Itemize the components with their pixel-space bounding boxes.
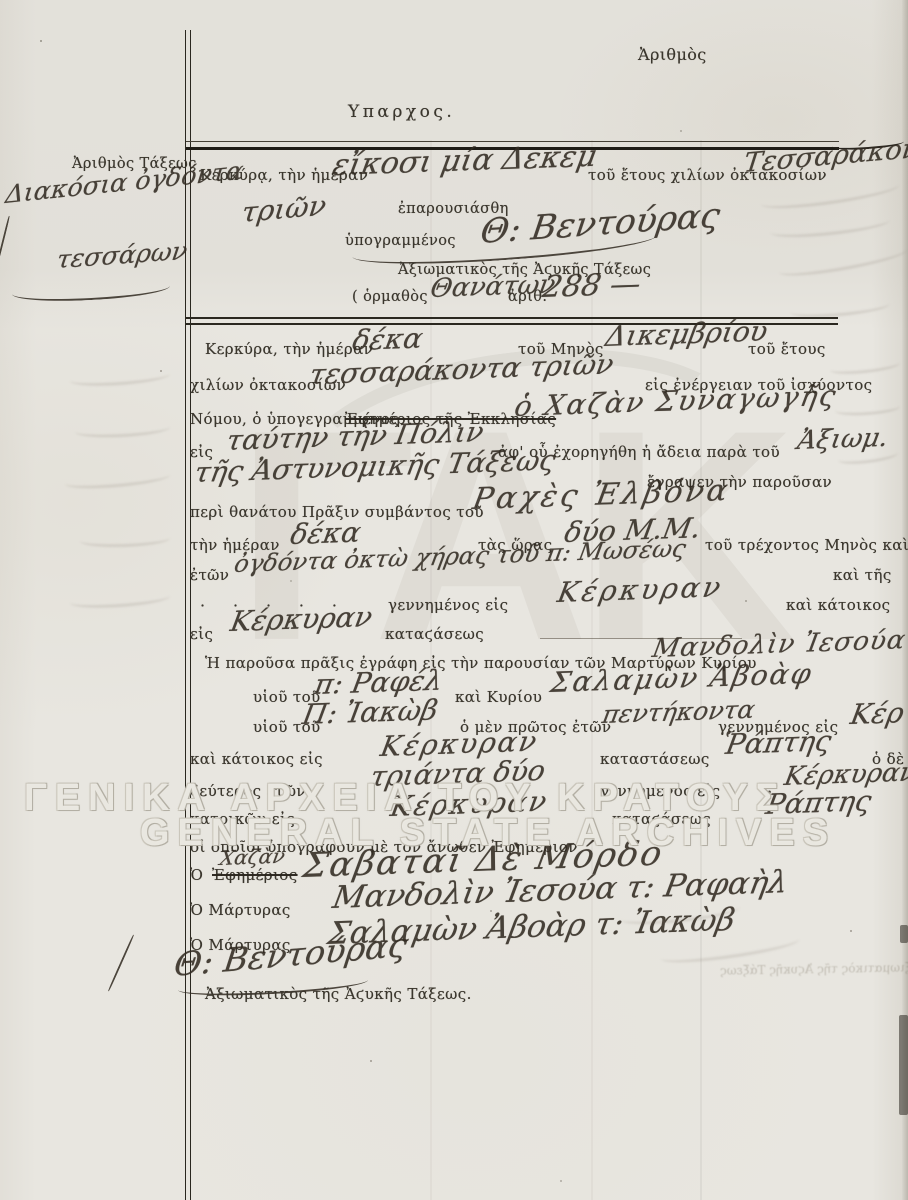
witness2-father-hw: Π: Ἰακὼβ: [300, 693, 440, 731]
act-line9-print: γεννημένος εἰς: [388, 596, 508, 614]
scanned-death-record-page: ΓΑΚ Ἀριθμὸς Υπαρχος. Ἀριθμὸς Τάξεως Διακ…: [0, 0, 908, 1200]
margin-check-stroke: [107, 934, 134, 991]
act-line1-print3: τοῦ ἔτους: [748, 340, 826, 358]
act-line9-print2: καὶ κάτοικος: [786, 596, 890, 614]
archives-watermark-english: GENERAL STATE ARCHIVES: [140, 812, 836, 855]
witness1-label: Ὁ Μάρτυρας: [190, 901, 291, 919]
witness1-occupation-hw: Ῥάπτης: [720, 724, 834, 761]
bleed-through-mark: [70, 589, 171, 611]
act-line7-print3: τοῦ τρέχοντος Μηνὸς καὶ ἔτους: [705, 536, 908, 554]
witness1-birthplace-hw: Κέρ: [848, 696, 907, 731]
act-line1-print: Κερκύρα, τὴν ἡμέραν: [205, 340, 373, 358]
bleed-through-mark: [70, 367, 171, 389]
bleed-through-print: Ἀξιωματικὸς τῆς Ἀϛυκῆς Τάξεως: [720, 960, 908, 977]
act-line9-hw-birthplace: Κέρκυραν: [555, 570, 726, 609]
act-line10-print: εἰς: [190, 625, 213, 643]
margin-flourish: [12, 276, 171, 304]
edge-mark: [900, 925, 908, 943]
act-line1-hw-month: Δικεμβρίου: [603, 314, 770, 353]
edge-mark: [899, 1015, 908, 1115]
left-double-rule: [185, 30, 191, 1200]
act-line8-print: ἐτῶν: [190, 566, 229, 584]
bleed-through-mark: [65, 467, 171, 491]
act-line1-hw-day: δέκα: [350, 322, 425, 357]
officer-title: Ἀξιωματικὸς τῆς Ἀϛυκῆς Τάξεως.: [205, 985, 472, 1003]
bleed-through-mark: [777, 241, 908, 281]
bleed-through-mark: [835, 400, 901, 418]
margin-pen-stroke: [0, 216, 10, 267]
bleed-through-mark: [75, 420, 171, 440]
cert-handwritten-number: 288 —: [540, 267, 644, 305]
act-line8-print2: καὶ τῆς: [833, 566, 892, 584]
cert-bundle-open: ( ὁρμαθὸς: [352, 289, 428, 305]
registrar-title: Υπαρχος.: [348, 102, 455, 122]
witness-line12-print2: καὶ Κυρίου: [455, 688, 542, 706]
act-line10-hw-residence: Κέρκυραν: [228, 600, 375, 638]
margin-handwritten-number-line2: τεσσάρων: [55, 236, 189, 274]
bleed-through-mark: [789, 296, 890, 321]
paper-speckles: [40, 40, 42, 42]
witness-line14-print2: καταστάσεως: [600, 750, 710, 768]
signer1-article: Ὁ: [190, 866, 203, 884]
bleed-through-mark: [830, 356, 901, 376]
witness-line14-print: καὶ κάτοικος εἰς: [190, 750, 323, 768]
bleed-through-mark: [769, 212, 890, 241]
cert-handwritten-year: Τεσσαράκοντα: [742, 130, 908, 179]
act-line10-print2: καταϛάσεως: [385, 625, 484, 643]
bleed-through-mark: [80, 530, 170, 548]
cert-handwritten-year2: τριῶν: [240, 189, 328, 229]
number-label: Ἀριθμὸς: [638, 45, 707, 64]
